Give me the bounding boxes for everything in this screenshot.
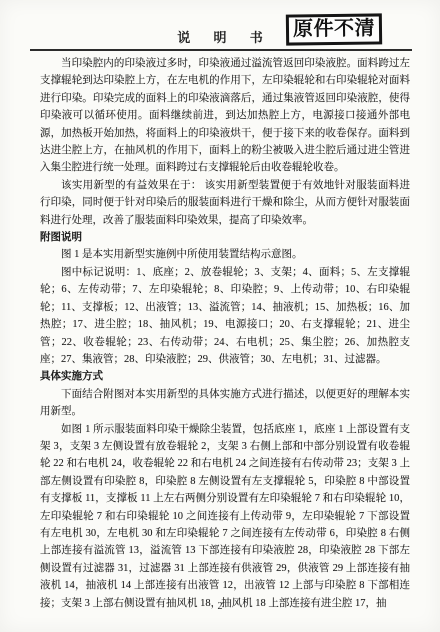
header-divider	[30, 49, 412, 51]
paragraph-reference-numerals: 图中标记说明：1、底座；2、放卷辊轮；3、支架；4、面料；5、左支撑辊轮；6、左…	[40, 264, 410, 368]
paragraph-dyeing-process: 当印染腔内的印染液过多时，印染液通过溢流管返回印染液腔。面料跨过左支撑辊轮到达印…	[40, 55, 410, 177]
paragraph-figure-1-caption: 图 1 是本实用新型实施例中所使用装置结构示意图。	[40, 246, 410, 263]
paragraph-beneficial-effects: 该实用新型的有益效果在于： 该实用新型装置便于有效地针对服装面料进行印染，同时便…	[40, 177, 410, 229]
page-number: 2	[0, 601, 440, 612]
document-body: 当印染腔内的印染液过多时，印染液通过溢流管返回印染液腔。面料跨过左支撑辊轮到达印…	[40, 55, 410, 612]
original-unclear-stamp: 原件不清	[286, 13, 382, 45]
section-heading-embodiments: 具体实施方式	[40, 368, 410, 385]
section-heading-figure-description: 附图说明	[40, 229, 410, 246]
patent-specification-page: 说 明 书 原件不清 当印染腔内的印染液过多时，印染液通过溢流管返回印染液腔。面…	[0, 0, 440, 632]
paragraph-embodiment-detail: 如图 1 所示服装面料印染干燥除尘装置，包括底座 1，底座 1 上部设置有支架 …	[40, 421, 410, 612]
paragraph-embodiment-intro: 下面结合附图对本实用新型的具体实施方式进行描述，以便更好的理解本实用新型。	[40, 386, 410, 421]
